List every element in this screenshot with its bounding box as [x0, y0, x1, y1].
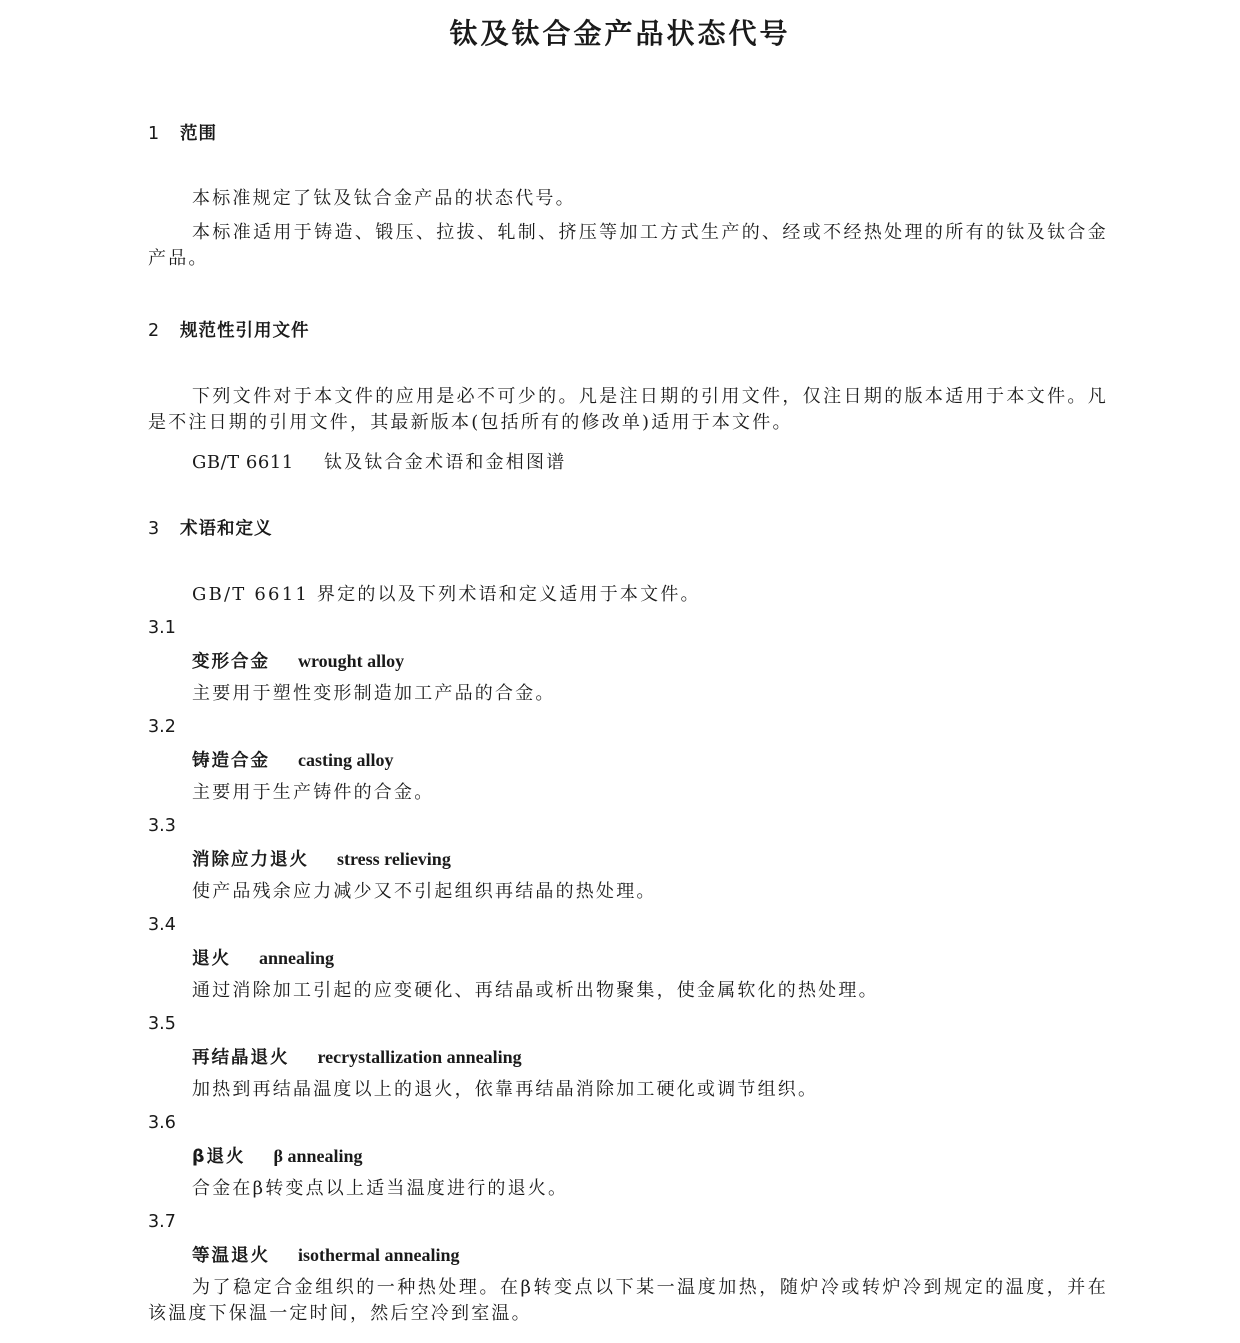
term-definition: 主要用于塑性变形制造加工产品的合金。: [192, 681, 556, 707]
section-number: 1: [148, 121, 180, 147]
term-number: 3.6: [148, 1110, 176, 1136]
term-definition: 主要用于生产铸件的合金。: [192, 780, 434, 806]
term-definition: 为了稳定合金组织的一种热处理。在β转变点以下某一温度加热，随炉冷或转炉冷到规定的…: [148, 1275, 1108, 1327]
term-en: isothermal annealing: [298, 1245, 460, 1265]
term-zh: 等温退火: [192, 1246, 270, 1266]
term-en: recrystallization annealing: [318, 1047, 522, 1067]
reference-item: GB/T 6611钛及钛合金术语和金相图谱: [192, 450, 566, 476]
terms-intro-paragraph: GB/T 6611 界定的以及下列术语和定义适用于本文件。: [192, 582, 701, 608]
term-zh: β退火: [192, 1147, 246, 1167]
scope-paragraph-1: 本标准规定了钛及钛合金产品的状态代号。: [192, 186, 576, 212]
section-3-heading: 3术语和定义: [148, 516, 273, 542]
term-zh: 铸造合金: [192, 751, 270, 771]
term-en: casting alloy: [298, 750, 394, 770]
term-definition: 通过消除加工引起的应变硬化、再结晶或析出物聚集，使金属软化的热处理。: [192, 978, 879, 1004]
section-title: 范围: [180, 124, 217, 144]
section-title: 规范性引用文件: [180, 321, 310, 341]
term-number: 3.7: [148, 1209, 176, 1235]
document-page: 钛及钛合金产品状态代号 1范围 本标准规定了钛及钛合金产品的状态代号。 本标准适…: [0, 0, 1240, 1343]
term-definition: 使产品残余应力减少又不引起组织再结晶的热处理。: [192, 879, 657, 905]
term-heading: 变形合金wrought alloy: [192, 648, 404, 675]
normative-references-paragraph: 下列文件对于本文件的应用是必不可少的。凡是注日期的引用文件，仅注日期的版本适用于…: [148, 384, 1108, 436]
term-number: 3.2: [148, 714, 176, 740]
section-number: 3: [148, 516, 180, 542]
term-en: stress relieving: [337, 849, 451, 869]
term-heading: 铸造合金casting alloy: [192, 747, 394, 774]
section-1-heading: 1范围: [148, 121, 217, 147]
term-zh: 再结晶退火: [192, 1048, 290, 1068]
section-2-heading: 2规范性引用文件: [148, 318, 310, 344]
term-heading: 等温退火isothermal annealing: [192, 1242, 460, 1269]
section-title: 术语和定义: [180, 519, 273, 539]
term-en: annealing: [259, 948, 334, 968]
term-en: β annealing: [274, 1146, 363, 1166]
term-definition: 合金在β转变点以上适当温度进行的退火。: [192, 1176, 568, 1202]
scope-paragraph-2: 本标准适用于铸造、锻压、拉拔、轧制、挤压等加工方式生产的、经或不经热处理的所有的…: [148, 220, 1108, 272]
reference-title: 钛及钛合金术语和金相图谱: [324, 452, 566, 473]
term-number: 3.4: [148, 912, 176, 938]
term-heading: β退火β annealing: [192, 1143, 363, 1170]
term-number: 3.3: [148, 813, 176, 839]
term-en: wrought alloy: [298, 651, 404, 671]
term-zh: 消除应力退火: [192, 850, 309, 870]
term-zh: 变形合金: [192, 652, 270, 672]
term-number: 3.5: [148, 1011, 176, 1037]
term-zh: 退火: [192, 949, 231, 969]
reference-code: GB/T 6611: [192, 450, 324, 476]
term-heading: 退火annealing: [192, 945, 334, 972]
term-definition: 加热到再结晶温度以上的退火，依靠再结晶消除加工硬化或调节组织。: [192, 1077, 818, 1103]
term-number: 3.1: [148, 615, 176, 641]
term-heading: 再结晶退火recrystallization annealing: [192, 1044, 522, 1071]
section-number: 2: [148, 318, 180, 344]
term-heading: 消除应力退火stress relieving: [192, 846, 451, 873]
document-title: 钛及钛合金产品状态代号: [0, 14, 1240, 54]
